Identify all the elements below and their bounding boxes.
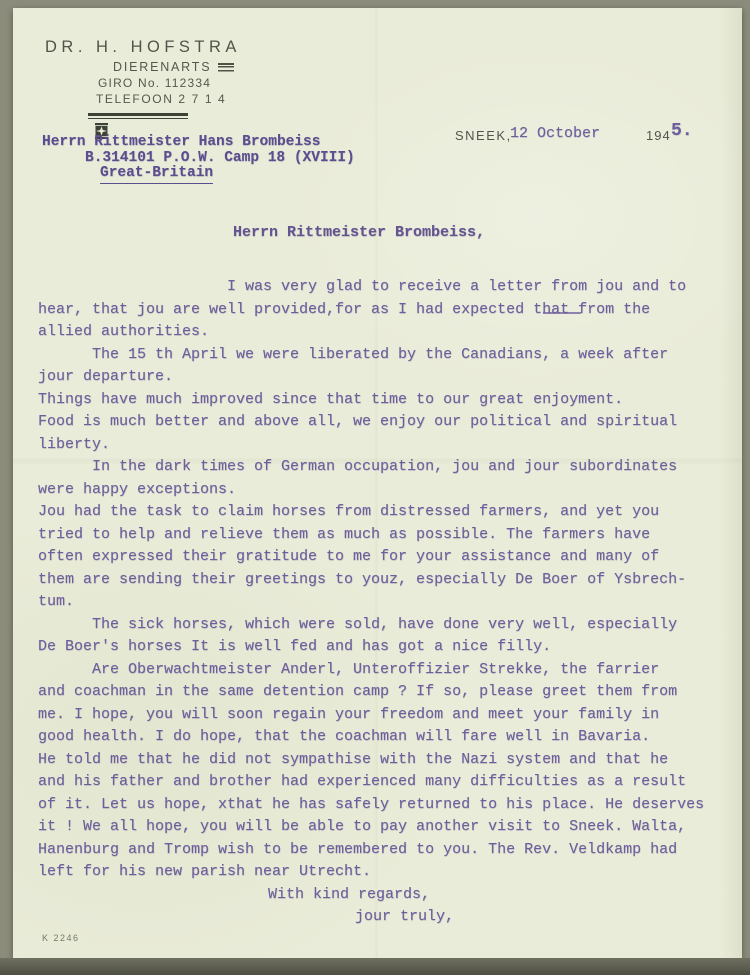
body-line: tum. xyxy=(38,591,740,614)
dateline-printed-year: 194 xyxy=(646,128,671,143)
body-line: De Boer's horses It is well fed and has … xyxy=(38,636,740,659)
closing-regards: With kind regards, xyxy=(268,884,740,907)
body-line: were happy exceptions. xyxy=(38,479,740,502)
body-line: I was very glad to receive a letter from… xyxy=(38,276,740,299)
letter-paper: DR. H. HOFSTRA DIERENARTS GIRO No. 11233… xyxy=(13,8,742,958)
paragraph-3: In the dark times of German occupation, … xyxy=(38,456,740,614)
letterhead-doctor-name: DR. H. HOFSTRA xyxy=(45,38,241,57)
dateline-place: SNEEK, xyxy=(455,128,512,143)
salutation: Herrn Rittmeister Brombeiss, xyxy=(233,224,485,241)
typed-underline-mark xyxy=(543,312,581,314)
letterhead-profession: DIERENARTS xyxy=(113,60,211,74)
body-line: often expressed their gratitude to me fo… xyxy=(38,546,740,569)
triple-bar-icon xyxy=(218,63,234,72)
recipient-address: Herrn Rittmeister Hans Brombeiss B.31410… xyxy=(42,135,355,184)
dateline-typed-date: 12 October xyxy=(510,125,600,142)
body-line: Hanenburg and Tromp wish to be remembere… xyxy=(38,839,740,862)
body-line: and coachman in the same detention camp … xyxy=(38,681,740,704)
body-line: Food is much better and above all, we en… xyxy=(38,411,740,434)
paragraph-2: The 15 th April we were liberated by the… xyxy=(38,344,740,457)
scanned-letter-page: { "colors": { "paper": "#e9ecd8", "typed… xyxy=(0,0,750,975)
letterhead-double-rule xyxy=(88,113,188,119)
recipient-name: Herrn Rittmeister Hans Brombeiss xyxy=(42,135,355,151)
body-line: them are sending their greetings to youz… xyxy=(38,569,740,592)
recipient-country: Great-Britain xyxy=(100,166,355,184)
body-line: of it. Let us hope, xthat he has safely … xyxy=(38,794,740,817)
dateline-typed-year: 5. xyxy=(671,121,693,141)
body-line: The sick horses, which were sold, have d… xyxy=(38,614,740,637)
body-line: liberty. xyxy=(38,434,740,457)
paragraph-1: I was very glad to receive a letter from… xyxy=(38,276,740,344)
body-line: He told me that he did not sympathise wi… xyxy=(38,749,740,772)
letterhead: DR. H. HOFSTRA DIERENARTS GIRO No. 11233… xyxy=(45,38,241,144)
body-line: left for his new parish near Utrecht. xyxy=(38,861,740,884)
recipient-pow-number: B.314101 P.O.W. Camp 18 (XVIII) xyxy=(85,151,355,167)
letterhead-phone: TELEFOON 2 7 1 4 xyxy=(96,92,241,106)
body-line: good health. I do hope, that the coachma… xyxy=(38,726,740,749)
body-line: Things have much improved since that tim… xyxy=(38,389,740,412)
body-line: In the dark times of German occupation, … xyxy=(38,456,740,479)
dateline: SNEEK, 12 October 194 5. xyxy=(455,120,745,148)
letterhead-giro: GIRO No. 112334 xyxy=(98,76,241,90)
letter-body: I was very glad to receive a letter from… xyxy=(38,276,740,929)
body-line: tried to help and relieve them as much a… xyxy=(38,524,740,547)
scan-bottom-edge xyxy=(0,958,750,975)
closing-signature: jour truly, xyxy=(355,906,740,929)
body-line: The 15 th April we were liberated by the… xyxy=(38,344,740,367)
body-line: jour departure. xyxy=(38,366,740,389)
letterhead-profession-row: DIERENARTS xyxy=(113,60,241,74)
body-line: Are Oberwachtmeister Anderl, Unteroffizi… xyxy=(38,659,740,682)
paragraph-4: The sick horses, which were sold, have d… xyxy=(38,614,740,659)
stationery-catalog-number: K 2246 xyxy=(42,933,80,943)
body-line: me. I hope, you will soon regain your fr… xyxy=(38,704,740,727)
body-line: and his father and brother had experienc… xyxy=(38,771,740,794)
body-line: it ! We all hope, you will be able to pa… xyxy=(38,816,740,839)
paragraph-5: Are Oberwachtmeister Anderl, Unteroffizi… xyxy=(38,659,740,884)
body-line: allied authorities. xyxy=(38,321,740,344)
body-line: Jou had the task to claim horses from di… xyxy=(38,501,740,524)
body-line: hear, that jou are well provided,for as … xyxy=(38,299,740,322)
